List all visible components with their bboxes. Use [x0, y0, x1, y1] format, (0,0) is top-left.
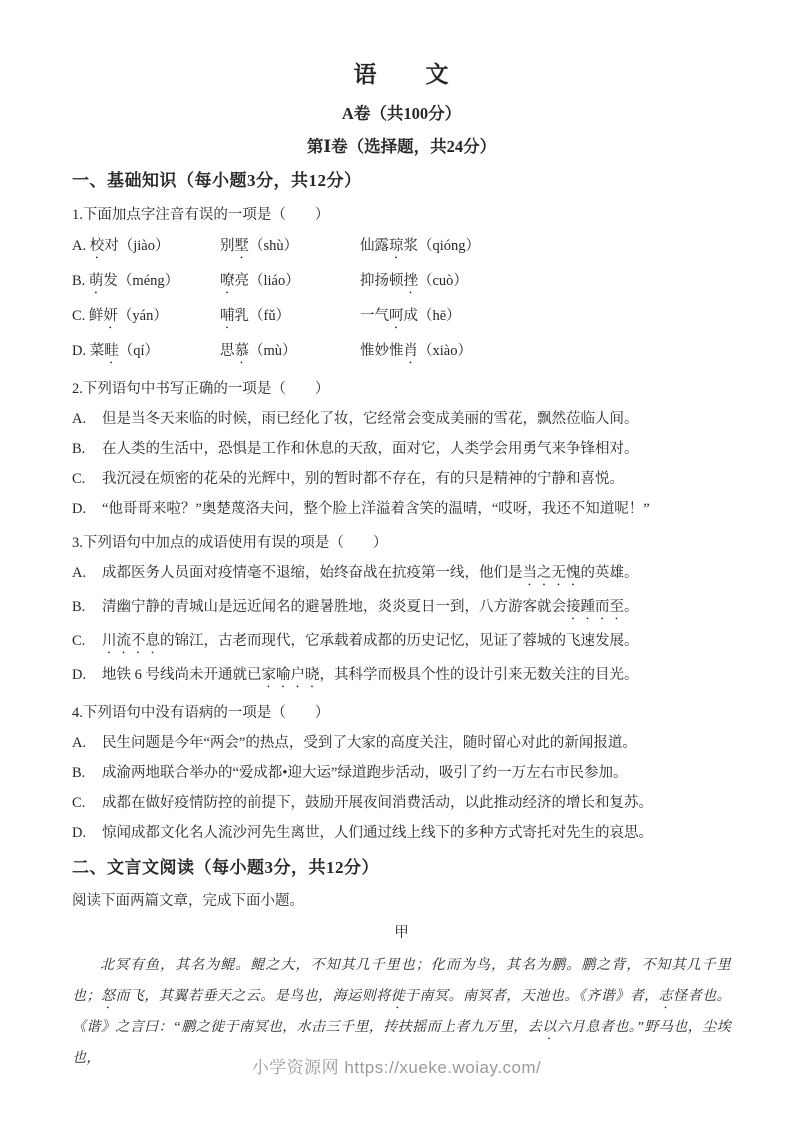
watermark-footer: 小学资源网 https://xueke.woiay.com/ — [0, 1056, 793, 1080]
reading-intro: 阅读下面两篇文章，完成下面小题。 — [72, 889, 731, 913]
q2-b-label: B. — [72, 437, 102, 461]
q2-option-a: A. 但是当冬天来临的时候，雨已经化了妆，它经常会变成美丽的雪花，飘然莅临人间。 — [72, 407, 731, 431]
q1-d-word3: 惟妙惟肖（xiào） — [360, 339, 731, 367]
q3-c-text: 川流不息的锦江，古老而现代，它承载着成都的历史记忆，见证了蓉城的飞速发展。 — [102, 629, 731, 657]
q2-b-text: 在人类的生活中，恐惧是工作和休息的天敌，面对它，人类学会用勇气来争锋相对。 — [102, 437, 731, 461]
q3-d-label: D. — [72, 663, 102, 691]
q1-b-word2: 嘹亮（liáo） — [220, 269, 360, 297]
q3-option-c: C. 川流不息的锦江，古老而现代，它承载着成都的历史记忆，见证了蓉城的飞速发展。 — [72, 629, 731, 657]
q4-option-b: B. 成渝两地联合举办的“爱成都•迎大运”绿道跑步活动，吸引了约一万左右市民参加… — [72, 761, 731, 785]
q4-option-a: A. 民生问题是今年“两会”的热点，受到了大家的高度关注，随时留心对此的新闻报道… — [72, 731, 731, 755]
section1-heading: 一、基础知识（每小题3分，共12分） — [72, 169, 731, 193]
q3-b-text: 清幽宁静的青城山是远近闻名的避暑胜地，炎炎夏日一到，八方游客就会接踵而至。 — [102, 595, 731, 623]
q2-a-label: A. — [72, 407, 102, 431]
q2-c-label: C. — [72, 467, 102, 491]
q4-c-text: 成都在做好疫情防控的前提下，鼓励开展夜间消费活动，以此推动经济的增长和复苏。 — [102, 791, 731, 815]
q4-b-label: B. — [72, 761, 102, 785]
q1-a-word3: 仙露琼浆（qióng） — [360, 234, 731, 262]
q4-a-label: A. — [72, 731, 102, 755]
q2-option-b: B. 在人类的生活中，恐惧是工作和休息的天敌，面对它，人类学会用勇气来争锋相对。 — [72, 437, 731, 461]
q2-option-d: D. “他哥哥来啦？”奥楚蔑洛夫问，整个脸上洋溢着含笑的温晴，“哎呀，我还不知道… — [72, 497, 731, 521]
q3-b-label: B. — [72, 595, 102, 623]
q1-c-word1: C. 鲜妍（yán） — [72, 304, 220, 332]
q1-option-b: B. 萌发（méng） 嘹亮（liáo） 抑扬顿挫（cuò） — [72, 269, 731, 297]
q1-option-d: D. 菜畦（qí） 思慕（mù） 惟妙惟肖（xiào） — [72, 339, 731, 367]
q1-b-word1: B. 萌发（méng） — [72, 269, 220, 297]
q2-c-text: 我沉浸在烦密的花朵的光辉中，别的暂时都不存在，有的只是精神的宁静和喜悦。 — [102, 467, 731, 491]
q3-c-label: C. — [72, 629, 102, 657]
q4-option-d: D. 惊闻成都文化名人流沙河先生离世，人们通过线上线下的多种方式寄托对先生的哀思… — [72, 821, 731, 845]
q2-d-text: “他哥哥来啦？”奥楚蔑洛夫问，整个脸上洋溢着含笑的温晴，“哎呀，我还不知道呢！” — [102, 497, 731, 521]
q1-d-word2: 思慕（mù） — [220, 339, 360, 367]
q4-a-text: 民生问题是今年“两会”的热点，受到了大家的高度关注，随时留心对此的新闻报道。 — [102, 731, 731, 755]
q2-stem: 2.下列语句中书写正确的一项是（ ） — [72, 377, 731, 401]
q4-stem: 4.下列语句中没有语病的一项是（ ） — [72, 701, 731, 725]
section2-heading: 二、文言文阅读（每小题3分，共12分） — [72, 856, 731, 880]
exam-title: 语 文 — [72, 62, 731, 88]
q4-b-text: 成渝两地联合举办的“爱成都•迎大运”绿道跑步活动，吸引了约一万左右市民参加。 — [102, 761, 731, 785]
q1-option-a: A. 校对（jiào） 别墅（shù） 仙露琼浆（qióng） — [72, 234, 731, 262]
q3-option-b: B. 清幽宁静的青城山是远近闻名的避暑胜地，炎炎夏日一到，八方游客就会接踵而至。 — [72, 595, 731, 623]
passage-label-jia: 甲 — [72, 921, 731, 945]
q2-a-text: 但是当冬天来临的时候，雨已经化了妆，它经常会变成美丽的雪花，飘然莅临人间。 — [102, 407, 731, 431]
q1-c-word3: 一气呵成（hē） — [360, 304, 731, 332]
volume-heading: A卷（共100分） — [72, 102, 731, 126]
q4-option-c: C. 成都在做好疫情防控的前提下，鼓励开展夜间消费活动，以此推动经济的增长和复苏… — [72, 791, 731, 815]
q2-d-label: D. — [72, 497, 102, 521]
part-heading: 第Ⅰ卷（选择题，共24分） — [72, 135, 731, 159]
q3-d-text: 地铁 6 号线尚未开通就已家喻户晓，其科学而极具个性的设计引来无数关注的目光。 — [102, 663, 731, 691]
q3-stem: 3.下列语句中加点的成语使用有误的项是（ ） — [72, 531, 731, 555]
q1-a-word2: 别墅（shù） — [220, 234, 360, 262]
q1-c-word2: 哺乳（fǔ） — [220, 304, 360, 332]
q1-d-word1: D. 菜畦（qí） — [72, 339, 220, 367]
q3-option-a: A. 成都医务人员面对疫情毫不退缩，始终奋战在抗疫第一线，他们是当之无愧的英雄。 — [72, 561, 731, 589]
q1-option-c: C. 鲜妍（yán） 哺乳（fǔ） 一气呵成（hē） — [72, 304, 731, 332]
q1-b-word3: 抑扬顿挫（cuò） — [360, 269, 731, 297]
q2-option-c: C. 我沉浸在烦密的花朵的光辉中，别的暂时都不存在，有的只是精神的宁静和喜悦。 — [72, 467, 731, 491]
q1-stem: 1.下面加点字注音有误的一项是（ ） — [72, 203, 731, 227]
q4-c-label: C. — [72, 791, 102, 815]
q1-a-word1: A. 校对（jiào） — [72, 234, 220, 262]
q3-a-text: 成都医务人员面对疫情毫不退缩，始终奋战在抗疫第一线，他们是当之无愧的英雄。 — [102, 561, 731, 589]
q4-d-label: D. — [72, 821, 102, 845]
q3-a-label: A. — [72, 561, 102, 589]
q4-d-text: 惊闻成都文化名人流沙河先生离世，人们通过线上线下的多种方式寄托对先生的哀思。 — [102, 821, 731, 845]
q3-option-d: D. 地铁 6 号线尚未开通就已家喻户晓，其科学而极具个性的设计引来无数关注的目… — [72, 663, 731, 691]
exam-page: 语 文 A卷（共100分） 第Ⅰ卷（选择题，共24分） 一、基础知识（每小题3分… — [0, 0, 793, 1122]
